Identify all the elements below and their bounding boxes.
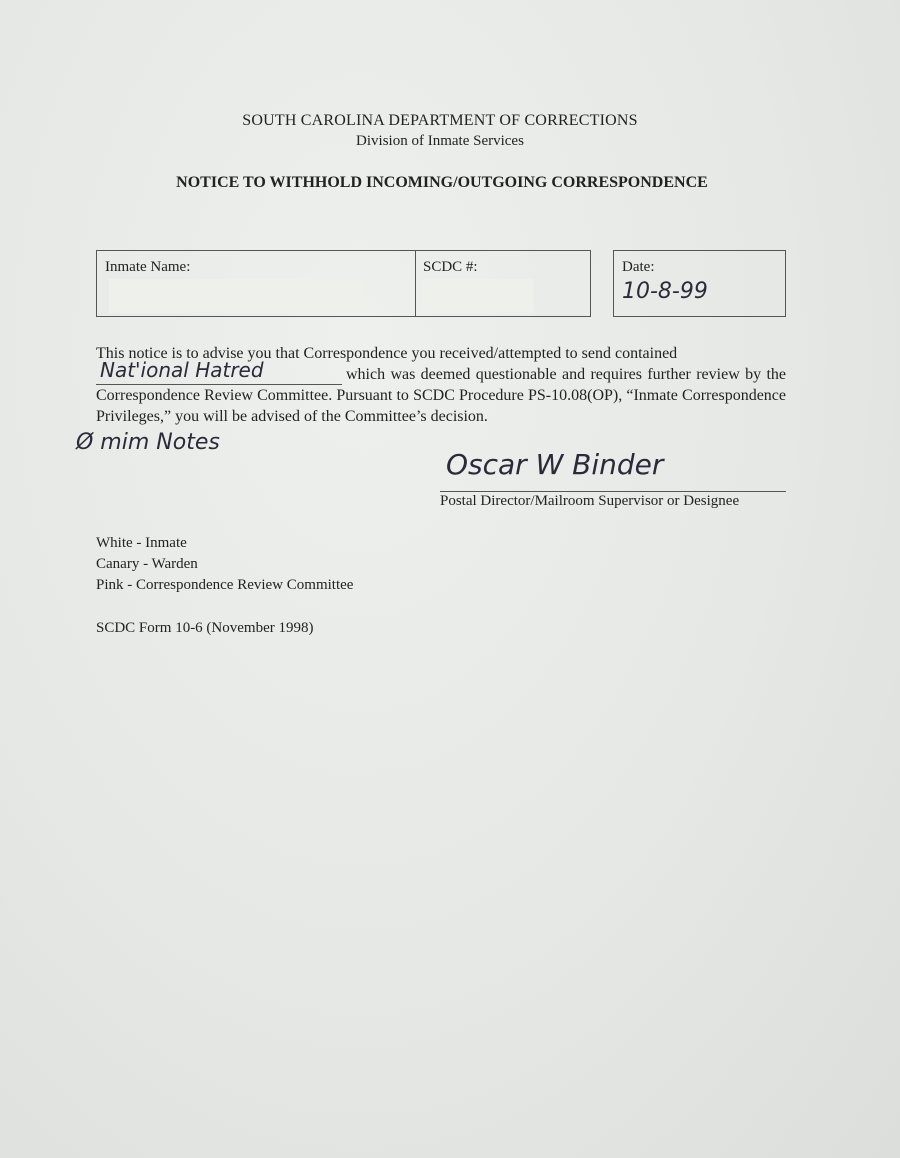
scdc-number-redacted — [421, 279, 533, 313]
distribution-canary: Canary - Warden — [96, 556, 198, 573]
date-box: Date: 10-8-99 — [613, 250, 786, 317]
form-identifier: SCDC Form 10-6 (November 1998) — [96, 620, 314, 637]
notice-body: This notice is to advise you that Corres… — [96, 343, 786, 427]
signature-label: Postal Director/Mailroom Supervisor or D… — [440, 493, 739, 510]
scdc-number-cell: SCDC #: — [415, 251, 590, 316]
reason-handwritten: Nat'ional Hatred — [100, 360, 264, 381]
signature-line — [440, 491, 786, 492]
form-title: NOTICE TO WITHHOLD INCOMING/OUTGOING COR… — [0, 174, 884, 192]
date-label: Date: — [622, 259, 654, 276]
scdc-number-label: SCDC #: — [423, 259, 478, 276]
inmate-name-cell: Inmate Name: — [97, 251, 416, 316]
inmate-name-redacted — [109, 279, 363, 313]
agency-name: SOUTH CAROLINA DEPARTMENT OF CORRECTIONS — [0, 112, 880, 130]
distribution-white: White - Inmate — [96, 535, 187, 552]
signature-handwritten: Oscar W Binder — [446, 448, 663, 481]
handwritten-annotation: Ø mim Notes — [76, 430, 220, 455]
distribution-pink: Pink - Correspondence Review Committee — [96, 577, 353, 594]
reason-fill-line: Nat'ional Hatred — [96, 366, 342, 385]
inmate-name-label: Inmate Name: — [105, 259, 190, 276]
division-name: Division of Inmate Services — [0, 133, 880, 150]
date-value: 10-8-99 — [622, 279, 708, 304]
inmate-info-box: Inmate Name: SCDC #: — [96, 250, 591, 317]
notice-line-2: which was deemed questionable and requir… — [346, 366, 740, 383]
